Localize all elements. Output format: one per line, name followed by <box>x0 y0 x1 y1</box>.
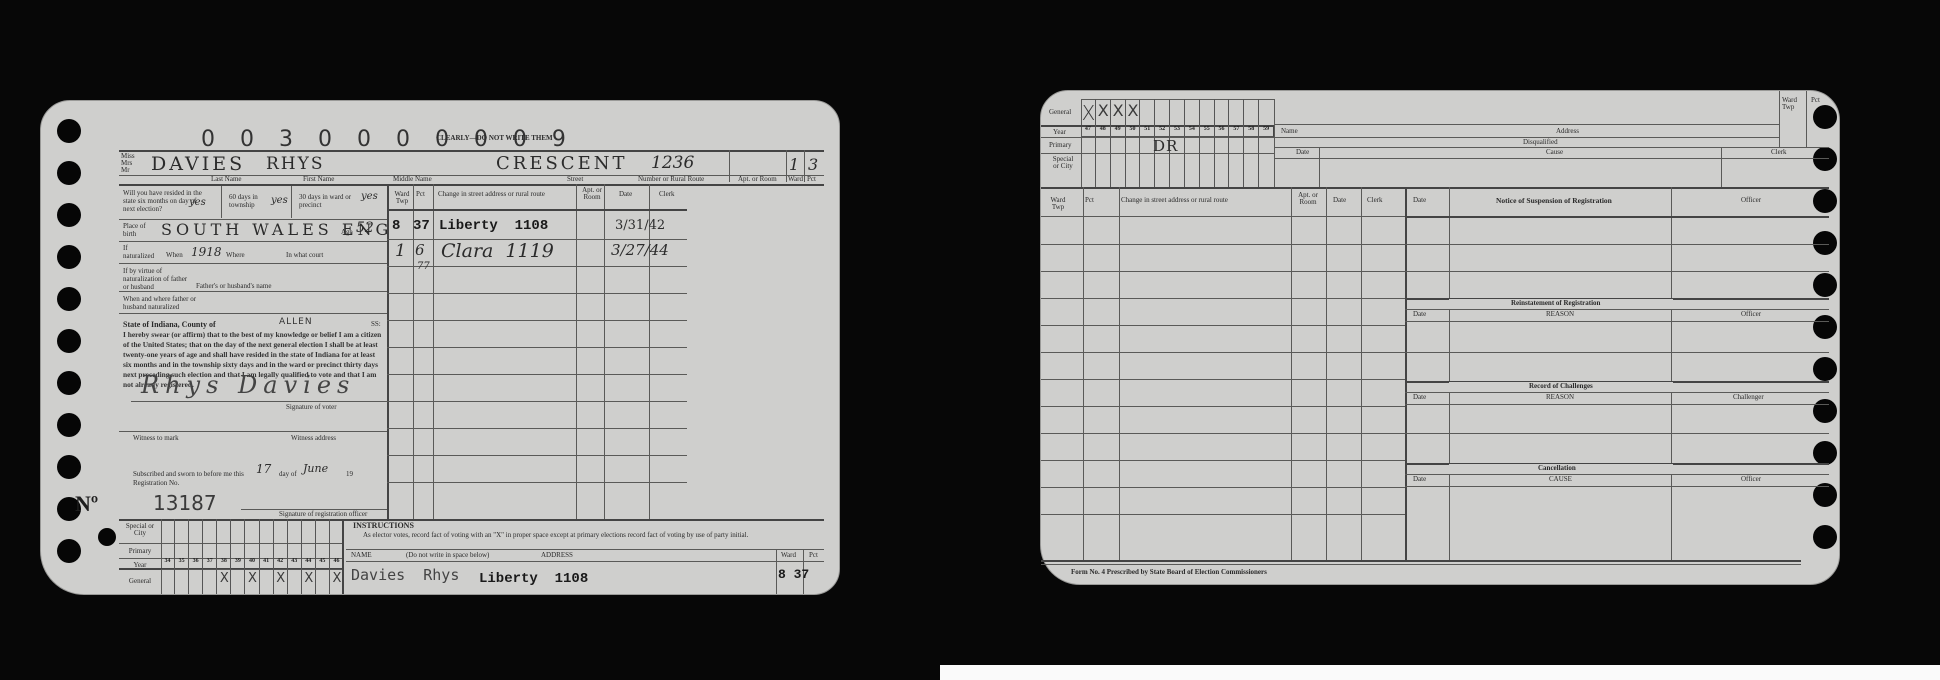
cancellation-officer-header: Officer <box>1741 476 1761 483</box>
subscribed-day: 17 <box>256 462 271 476</box>
ward-value: 1 <box>789 155 799 174</box>
birth-label: Place of birth <box>123 222 153 238</box>
instructions-title: INSTRUCTIONS <box>353 522 414 530</box>
number-sign: Nº <box>75 491 98 517</box>
challenges-title: Record of Challenges <box>1529 383 1593 390</box>
reinstatement-officer-header: Officer <box>1741 311 1761 318</box>
year-cell: 52 <box>1155 126 1170 137</box>
change-date: 3/31/42 <box>615 218 665 233</box>
middle-name-label: Middle Name <box>393 176 432 183</box>
punch-hole <box>57 245 81 269</box>
year-cell: 35 <box>175 558 189 570</box>
year-cell: 59 <box>1259 126 1274 137</box>
reinstatement-title: Reinstatement of Registration <box>1511 300 1600 307</box>
when-value: 1918 <box>191 245 222 259</box>
back-address-label: Address <box>1556 128 1579 135</box>
year-cell: 34 <box>161 558 175 570</box>
year-cell: 41 <box>260 558 274 570</box>
year-cell: 46 <box>330 558 344 570</box>
year-cell: 48 <box>1096 126 1111 137</box>
witness-address-label: Witness address <box>291 435 336 442</box>
back-changes-date-header: Date <box>1333 197 1346 204</box>
year-cell: 53 <box>1170 126 1185 137</box>
father-naturalization-label: If by virtue of naturalization of father… <box>123 267 193 291</box>
year-cell: 42 <box>274 558 288 570</box>
year-cell: 47 <box>1081 126 1096 137</box>
challenges-date-header: Date <box>1413 394 1426 401</box>
footer-name-value: Davies Rhys <box>351 566 459 584</box>
back-name-label: Name <box>1281 128 1298 135</box>
last-name-value: DAVIES <box>151 153 245 175</box>
back-primary-mark: DR <box>1153 137 1178 155</box>
year-prefix-label: 19 <box>346 471 353 478</box>
punch-hole <box>1813 525 1837 549</box>
naturalized-label: If naturalized <box>123 244 158 260</box>
back-grid-label-year: Year <box>1053 129 1066 136</box>
witness-mark-label: Witness to mark <box>133 435 179 442</box>
ward-label: Ward <box>788 176 803 183</box>
form-footer: Form No. 4 Prescribed by State Board of … <box>1071 569 1267 576</box>
challenges-reason-header: REASON <box>1546 394 1574 401</box>
suspension-officer-header: Officer <box>1741 197 1761 204</box>
changes-address-header: Change in street address or rural route <box>438 191 545 198</box>
punch-hole-small <box>98 528 116 546</box>
scan-artifact-strip <box>940 665 1940 680</box>
cancellation-date-header: Date <box>1413 476 1426 483</box>
voting-year-row: 34 35 36 37 38 39 40 41 42 43 44 45 46 <box>161 558 344 570</box>
changes-pct-header: Pct <box>416 191 425 198</box>
changes-clerk-header: Clerk <box>659 191 675 198</box>
title-prefix: Miss Mrs Mr <box>121 153 139 174</box>
punch-hole <box>1813 231 1837 255</box>
pct-label: Pct <box>807 176 816 183</box>
changes-date-header: Date <box>619 191 632 198</box>
last-name-label: Last Name <box>211 176 242 183</box>
changes-apt-header: Apt. or Room <box>581 187 603 201</box>
punch-hole <box>57 203 81 227</box>
challenges-challenger-header: Challenger <box>1733 394 1764 401</box>
cancellation-cause-header: CAUSE <box>1549 476 1572 483</box>
father-name-label: Father's or husband's name <box>196 283 271 290</box>
voter-registration-card-front: 0 0 3 0 0 0 0 0 0 9 CLEARLY—DO NOT WRITE… <box>40 100 840 595</box>
back-changes-ward-header: Ward Twp <box>1047 197 1069 211</box>
suspension-date-header: Date <box>1413 197 1426 204</box>
punch-hole <box>57 287 81 311</box>
year-cell: 55 <box>1200 126 1215 137</box>
subscribed-label: Subscribed and sworn to before me this <box>133 471 244 478</box>
year-cell: 50 <box>1126 126 1141 137</box>
apt-label: Apt. or Room <box>738 176 777 183</box>
punch-hole <box>57 329 81 353</box>
year-cell: 54 <box>1185 126 1200 137</box>
footer-name-label: NAME <box>351 552 372 559</box>
back-clerk-label: Clerk <box>1771 149 1787 156</box>
q-ward: 30 days in ward or precinct <box>299 193 359 209</box>
punch-hole <box>57 455 81 479</box>
punch-hole <box>1813 189 1837 213</box>
change-pct: 37 <box>413 218 430 234</box>
footer-pct-label: Pct <box>809 552 818 559</box>
footer-no-write-label: (Do not write in space below) <box>406 552 489 559</box>
year-cell: 43 <box>288 558 302 570</box>
number-label: Number or Rural Route <box>638 176 704 183</box>
grid-label-general: General <box>123 578 157 585</box>
back-grid-label-general: General <box>1049 109 1071 116</box>
year-cell: 57 <box>1229 126 1244 137</box>
county-value: ALLEN <box>279 317 313 327</box>
father-when-label: When and where father or husband natural… <box>123 295 203 311</box>
registration-number: 13187 <box>153 491 217 515</box>
back-date-label: Date <box>1296 149 1309 156</box>
punch-hole <box>1813 357 1837 381</box>
cancellation-title: Cancellation <box>1538 465 1576 472</box>
year-cell: 37 <box>203 558 217 570</box>
change-date: 3/27/44 <box>611 241 669 259</box>
reinstatement-date-header: Date <box>1413 311 1426 318</box>
a-township: yes <box>271 195 288 206</box>
back-general-marks: X X X X <box>1081 101 1274 125</box>
reinstatement-reason-header: REASON <box>1546 311 1574 318</box>
year-cell: 44 <box>302 558 316 570</box>
change-note: 77 <box>417 261 430 272</box>
first-name-label: First Name <box>303 176 334 183</box>
instructions-text: As elector votes, record fact of voting … <box>363 531 803 539</box>
year-cell: 45 <box>316 558 330 570</box>
voter-signature: Rhys Davies <box>141 371 355 399</box>
changes-ward-header: Ward Twp <box>391 191 413 205</box>
house-number-value: 1236 <box>651 153 694 173</box>
grid-label-special: Special or City <box>123 523 157 537</box>
year-cell: 51 <box>1140 126 1155 137</box>
back-grid-label-special: Special or City <box>1049 156 1077 170</box>
day-of-label: day of <box>279 471 297 478</box>
back-grid-label-primary: Primary <box>1049 142 1072 149</box>
back-changes-apt-header: Apt. or Room <box>1295 192 1321 206</box>
punch-hole <box>1813 399 1837 423</box>
back-year-row: 47 48 49 50 51 52 53 54 55 56 57 58 59 <box>1081 126 1274 137</box>
back-changes-address-header: Change in street address or rural route <box>1121 197 1228 204</box>
age-value: 52 <box>356 220 374 236</box>
punch-hole <box>1813 147 1837 171</box>
change-pct: 6 <box>415 241 425 259</box>
punch-hole <box>1813 105 1837 129</box>
back-changes-pct-header: Pct <box>1085 197 1094 204</box>
punch-hole <box>57 161 81 185</box>
grid-label-primary: Primary <box>123 548 157 555</box>
change-ward: 1 <box>395 241 406 261</box>
footer-address-value: Liberty 1108 <box>479 571 588 587</box>
state-county-label: State of Indiana, County of <box>123 321 216 329</box>
year-cell: 39 <box>231 558 245 570</box>
back-ward-label: Ward Twp <box>1782 97 1802 111</box>
suspension-title: Notice of Suspension of Registration <box>1496 197 1612 205</box>
year-cell: 58 <box>1244 126 1259 137</box>
ss-label: SS: <box>371 321 381 328</box>
year-cell: 49 <box>1111 126 1126 137</box>
street-value: CRESCENT <box>496 153 627 174</box>
change-address: Liberty 1108 <box>439 218 548 234</box>
punch-hole <box>57 119 81 143</box>
year-cell: 36 <box>189 558 203 570</box>
q-township: 60 days in township <box>229 193 274 209</box>
voting-general-marks: X X X X X <box>161 571 344 593</box>
year-cell: 38 <box>217 558 231 570</box>
header-note: CLEARLY—DO NOT WRITE THEM <box>436 135 553 142</box>
footer-ward-pct-value: 8 37 <box>778 567 809 582</box>
registration-no-label: Registration No. <box>133 480 179 487</box>
court-label: In what court <box>286 252 323 259</box>
a-ward: yes <box>361 191 378 202</box>
punch-hole <box>1813 441 1837 465</box>
footer-address-label: ADDRESS <box>541 552 573 559</box>
punch-hole <box>57 413 81 437</box>
back-disqualified-label: Disqualified <box>1523 139 1558 146</box>
back-cause-label: Cause <box>1546 149 1563 156</box>
punch-hole <box>57 371 81 395</box>
punch-hole <box>57 539 81 563</box>
a-state-residency: yes <box>189 197 206 208</box>
year-cell: 40 <box>245 558 259 570</box>
when-label: When <box>166 252 183 259</box>
year-cell: 56 <box>1215 126 1230 137</box>
where-label: Where <box>226 252 245 259</box>
subscribed-month: June <box>303 462 328 475</box>
voter-registration-card-back: General Year Primary Special or City 47 … <box>1040 90 1840 585</box>
back-pct-label: Pct <box>1811 97 1820 104</box>
pct-value: 3 <box>808 155 818 174</box>
age-label: Age <box>341 229 353 236</box>
footer-ward-label: Ward <box>781 552 796 559</box>
first-name-value: RHYS <box>266 154 325 174</box>
officer-signature-label: Signature of registration officer <box>279 511 367 518</box>
punch-hole <box>1813 315 1837 339</box>
punch-hole <box>1813 273 1837 297</box>
signature-of-voter-label: Signature of voter <box>286 404 337 411</box>
change-address: Clara 1119 <box>441 240 554 262</box>
street-label: Street <box>567 176 583 183</box>
back-changes-clerk-header: Clerk <box>1367 197 1383 204</box>
change-ward: 8 <box>392 218 400 234</box>
